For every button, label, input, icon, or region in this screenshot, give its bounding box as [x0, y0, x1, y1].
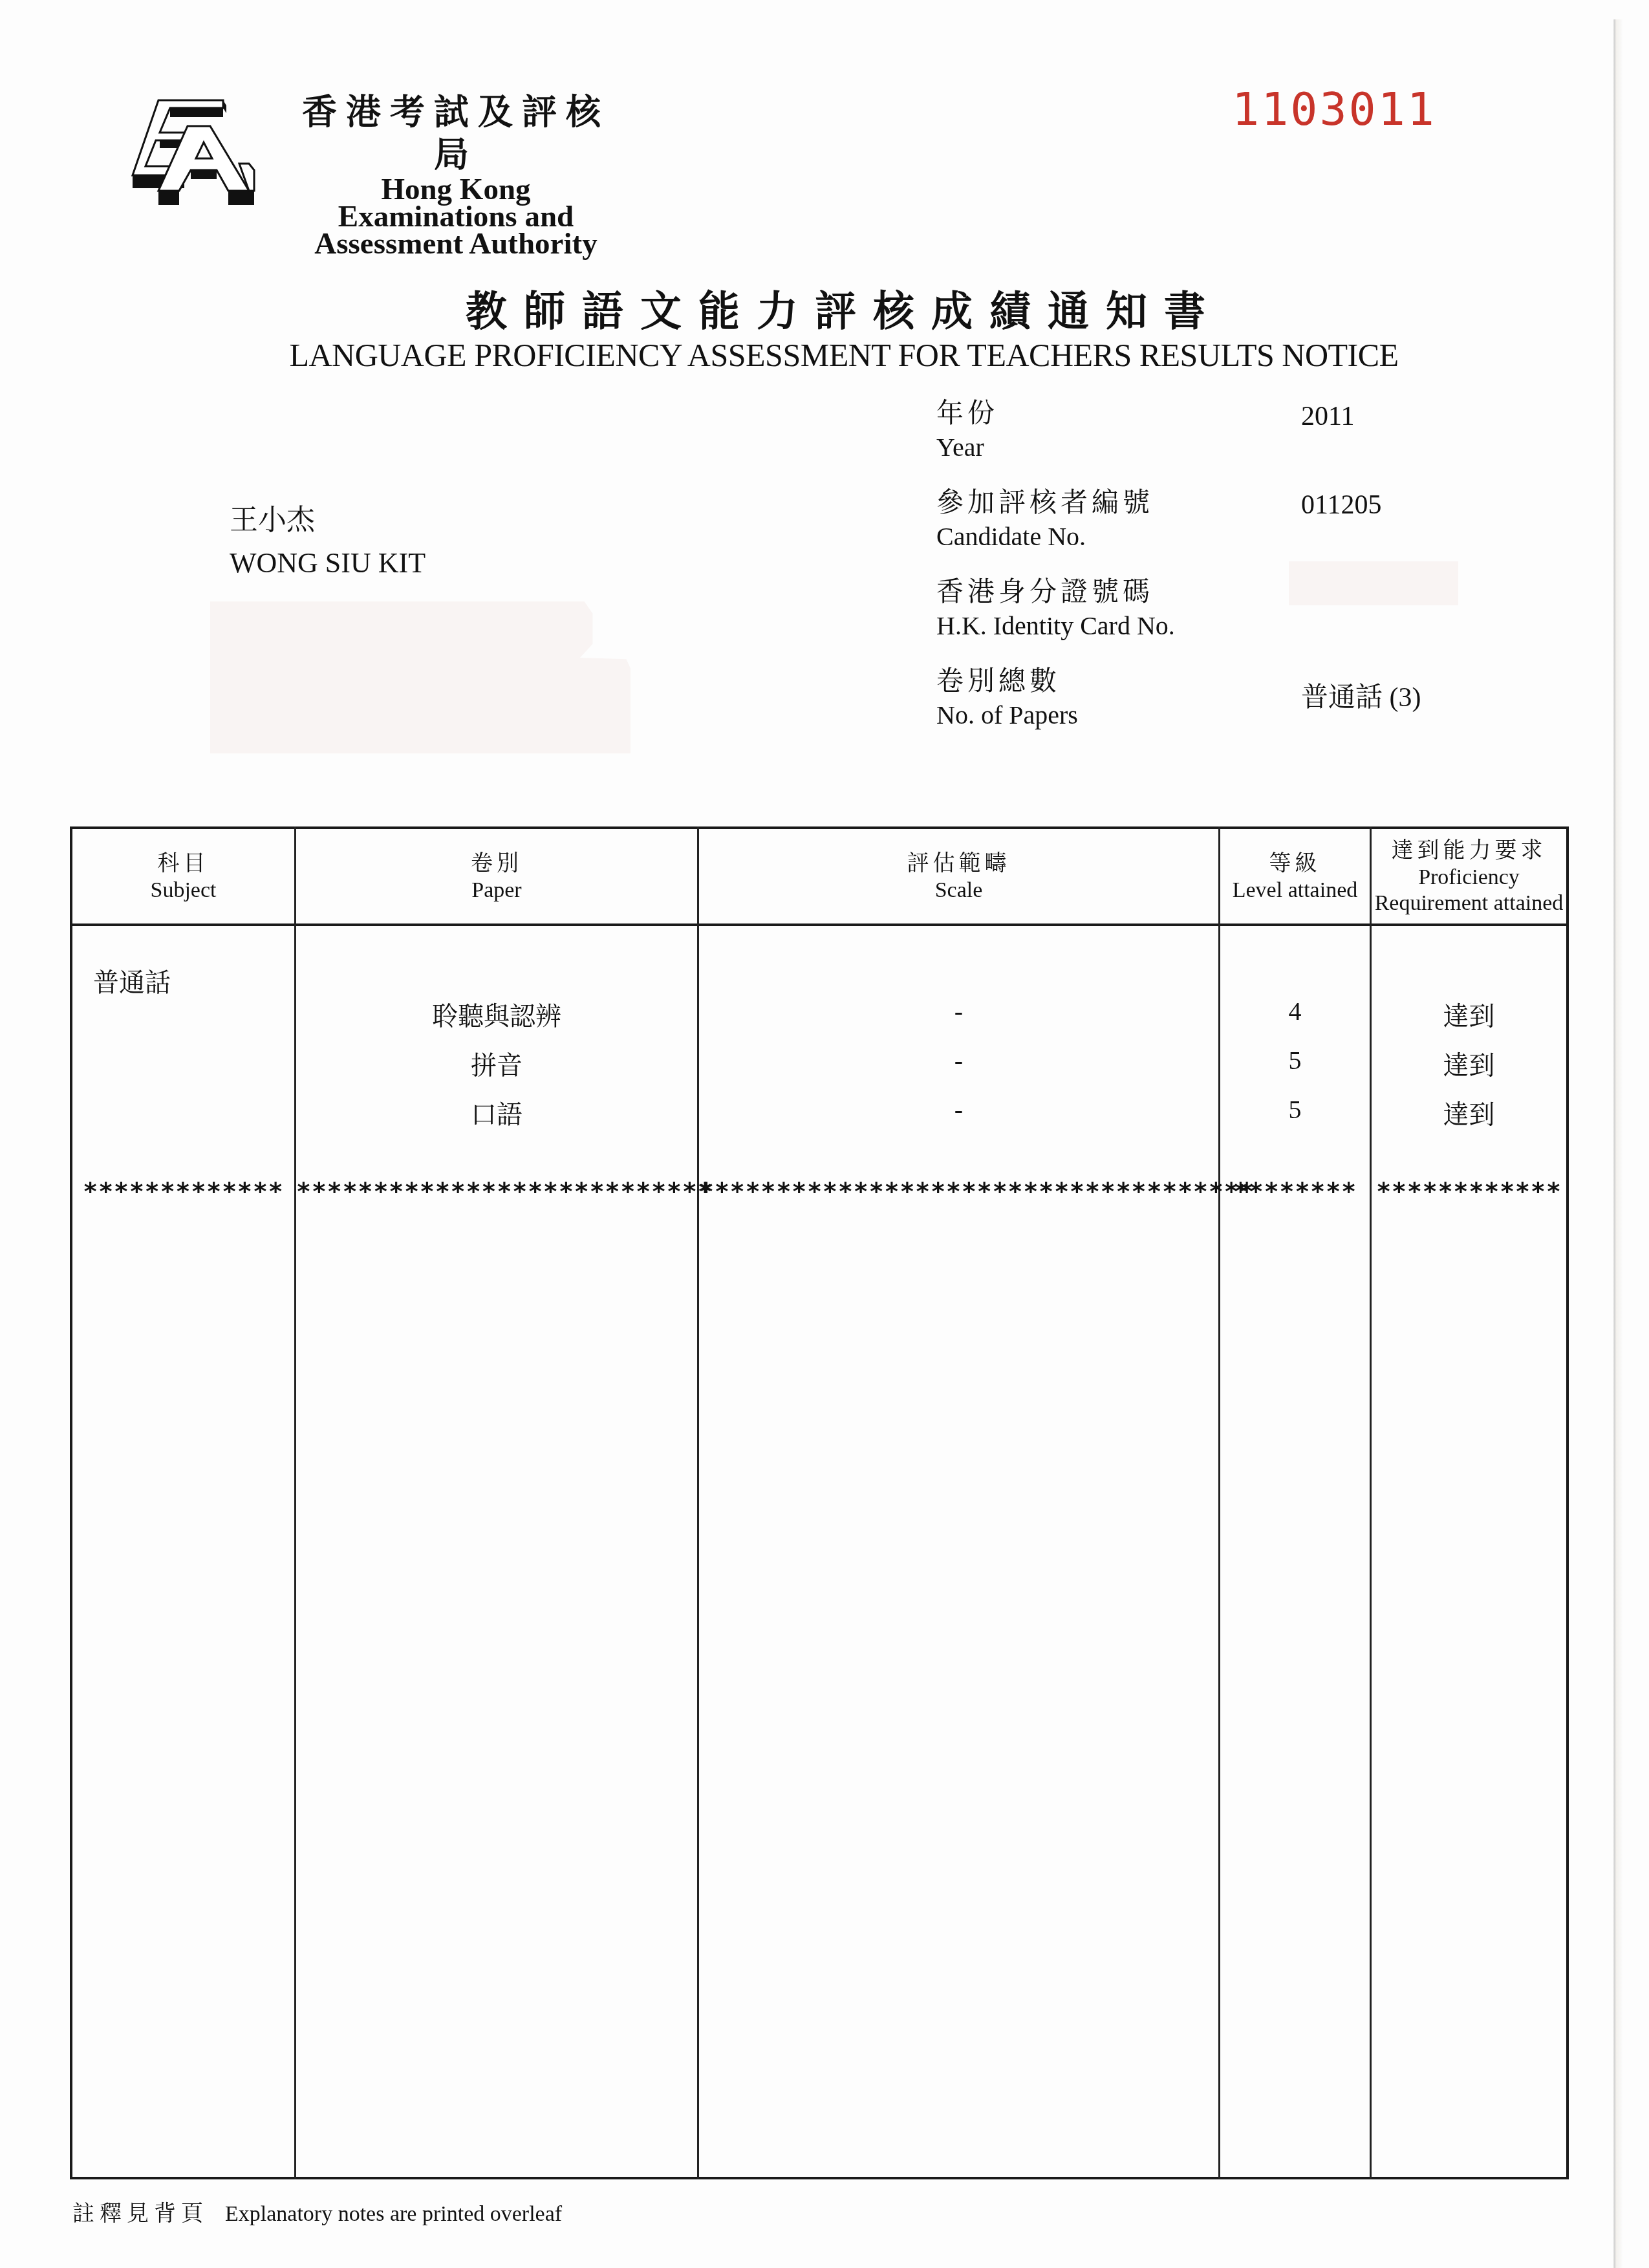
document-title-zh: 教師語文能力評核成績通知書 — [0, 278, 1649, 338]
org-name-en-line2: Examinations and — [281, 203, 630, 230]
hkeaa-logo-icon — [120, 94, 268, 217]
candidate-name-zh: 王小杰 — [230, 501, 426, 540]
org-name-en-line1: Hong Kong — [281, 176, 630, 203]
footnote-zh: 註釋見背頁 — [72, 2201, 208, 2227]
document-title-en: LANGUAGE PROFICIENCY ASSESSMENT FOR TEAC… — [0, 336, 1649, 374]
level-value: 5 — [1220, 1045, 1370, 1075]
field-hkid: 香港身分證號碼 H.K. Identity Card No. — [936, 574, 1175, 643]
column-divider — [697, 826, 699, 2179]
field-label-en: H.K. Identity Card No. — [936, 609, 1175, 643]
field-label-en: No. of Papers — [936, 698, 1078, 732]
paper-value: 聆聽與認辨 — [296, 996, 697, 1033]
column-header-level: 等級 Level attained — [1220, 829, 1370, 923]
field-label-zh: 卷別總數 — [936, 664, 1078, 698]
column-header-subject: 科目 Subject — [72, 829, 294, 923]
field-label-en: Year — [936, 431, 998, 464]
end-marker: *************************** — [296, 1177, 697, 1205]
org-name-zh: 香港考試及評核局 — [281, 91, 630, 176]
end-marker: ************ — [1372, 1177, 1566, 1205]
field-label-zh: 參加評核者編號 — [936, 485, 1154, 520]
field-year: 年份 Year — [936, 396, 998, 464]
redacted-hkid — [1289, 561, 1458, 605]
no-of-papers-value: 普通話 (3) — [1301, 676, 1421, 715]
organization-name: 香港考試及評核局 Hong Kong Examinations and Asse… — [281, 91, 630, 257]
subject-value: 普通話 — [93, 962, 171, 999]
attained-value: 達到 — [1372, 996, 1566, 1033]
end-marker: ************************************ — [699, 1177, 1218, 1205]
year-value: 2011 — [1301, 401, 1354, 432]
field-label-zh: 香港身分證號碼 — [936, 574, 1175, 609]
scale-value: - — [699, 1094, 1218, 1125]
column-header-paper: 卷別 Paper — [296, 829, 697, 923]
paper-value: 口語 — [296, 1094, 697, 1131]
attained-value: 達到 — [1372, 1045, 1566, 1082]
table-border-right — [1566, 826, 1569, 2179]
results-table: 科目 Subject 卷別 Paper 評估範疇 Scale 等級 Level … — [70, 826, 1569, 2179]
level-value: 5 — [1220, 1094, 1370, 1125]
level-value: 4 — [1220, 996, 1370, 1026]
candidate-name: 王小杰 WONG SIU KIT — [230, 501, 426, 583]
paper-value: 拼音 — [296, 1045, 697, 1082]
column-header-scale: 評估範疇 Scale — [699, 829, 1218, 923]
field-candidate-no: 參加評核者編號 Candidate No. — [936, 485, 1154, 554]
candidate-no-value: 011205 — [1301, 490, 1381, 521]
redacted-address — [210, 601, 630, 753]
column-divider — [1218, 826, 1220, 2179]
scale-value: - — [699, 1045, 1218, 1075]
end-marker: ******** — [1220, 1177, 1370, 1205]
org-name-en-line3: Assessment Authority — [281, 230, 630, 257]
column-header-requirement: 達到能力要求 Proficiency Requirement attained — [1372, 829, 1566, 923]
scale-value: - — [699, 996, 1218, 1026]
field-label-zh: 年份 — [936, 396, 998, 431]
field-label-en: Candidate No. — [936, 520, 1154, 554]
footnote-en: Explanatory notes are printed overleaf — [225, 2202, 562, 2226]
footnote: 註釋見背頁Explanatory notes are printed overl… — [72, 2196, 562, 2227]
serial-number: 1103011 — [1232, 83, 1436, 136]
end-marker: ************* — [72, 1177, 294, 1205]
candidate-name-en: WONG SIU KIT — [230, 544, 426, 583]
field-no-of-papers: 卷別總數 No. of Papers — [936, 664, 1078, 732]
table-border-left — [70, 826, 72, 2179]
attained-value: 達到 — [1372, 1094, 1566, 1131]
